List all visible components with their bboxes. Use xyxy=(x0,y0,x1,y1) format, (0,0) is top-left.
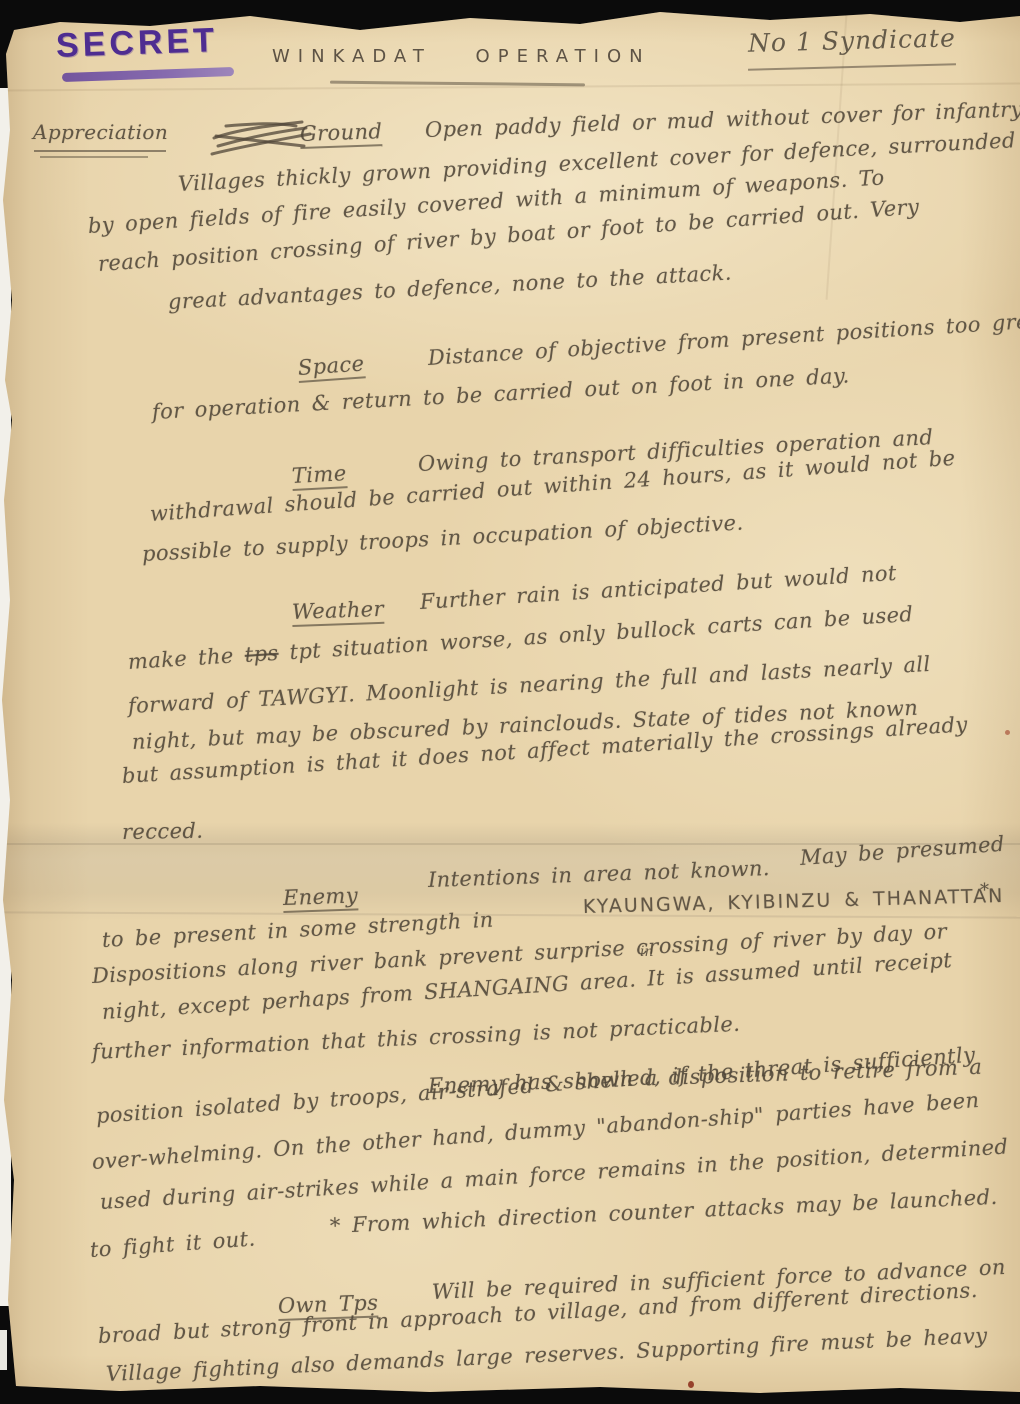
syndicate-label: No 1 Syndicate xyxy=(748,23,957,57)
red-ink-dot xyxy=(1005,730,1010,735)
handwritten-line: great advantages to defence, none to the… xyxy=(167,260,732,314)
section-heading-weather: Weather xyxy=(292,597,385,627)
syndicate-underline xyxy=(748,63,956,70)
appreciation-underline xyxy=(34,150,166,152)
handwritten-line: for operation & return to be carried out… xyxy=(151,363,850,424)
handwritten-line: Further rain is anticipated but would no… xyxy=(419,561,897,614)
section-heading-time: Time xyxy=(291,461,347,491)
handwritten-line: May be presumed xyxy=(799,832,1005,870)
section-heading-enemy: Enemy xyxy=(283,883,359,913)
handwritten-line: recced. xyxy=(122,819,204,844)
section-heading-space: Space xyxy=(297,351,365,383)
document-title: WINKADAT OPERATION xyxy=(272,46,651,67)
document-page: SECRET WINKADAT OPERATION No 1 Syndicate… xyxy=(0,0,1020,1404)
margin-label-appreciation: Appreciation xyxy=(33,120,168,144)
red-ink-dot xyxy=(688,1381,694,1388)
fold-crease xyxy=(0,911,1020,918)
scanner-background-white xyxy=(0,1330,7,1370)
inserted-word: in xyxy=(640,944,654,960)
section-heading-ground: Ground xyxy=(300,119,383,149)
handwritten-line: to fight it out. xyxy=(89,1226,256,1262)
crossed-out-word: tps xyxy=(244,641,279,667)
place-names: KYAUNGWA, KYIBINZU & THANATTAN xyxy=(583,885,1005,918)
classification-underline xyxy=(62,67,234,82)
appreciation-underline xyxy=(40,156,148,158)
classification-stamp: SECRET xyxy=(55,21,218,66)
handwritten-line: Intentions in area not known. xyxy=(428,856,771,892)
handwritten-line: Distance of objective from present posit… xyxy=(427,308,1020,370)
handwritten-line: further information that this crossing i… xyxy=(91,1012,740,1064)
